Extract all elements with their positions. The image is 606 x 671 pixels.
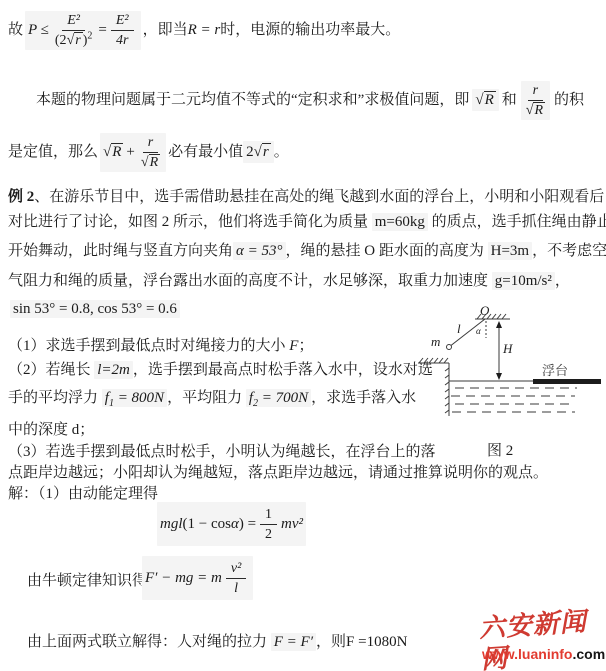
label-O: O: [480, 303, 490, 318]
equation-newton: F′ − mg = m v² l: [142, 556, 253, 600]
solution-intro-text: 解：（1）由动能定理得: [8, 486, 158, 502]
figure-2-diagram: O l α m H 浮台: [415, 297, 606, 423]
rope-length-value: l=2m: [94, 361, 133, 379]
question-2-text-f: 中的深度: [8, 422, 72, 438]
example2-line5: sin 53° = 0.8, cos 53° = 0.6: [10, 299, 180, 319]
para2-line2-text: 是定值，那么: [8, 142, 98, 162]
buoyancy-f1-value: f1 = 800N: [102, 389, 167, 407]
question-2-text-a: （2）若绳长: [8, 362, 94, 378]
solution-intro: 解：（1）由动能定理得: [8, 484, 158, 504]
para1-lhs: P ≤: [28, 20, 49, 40]
para2-conjunction: 和: [502, 90, 517, 110]
label-platform: 浮台: [542, 363, 568, 378]
question-1-text: （1）求选手摆到最低点时对绳接力的大小: [8, 338, 289, 354]
question-2-text-e: ，求选手落入水: [311, 390, 416, 406]
final-text-a: 由上面两式联立解得：人对绳的拉力: [27, 634, 271, 650]
gravity-value: g=10m/s²: [492, 272, 555, 290]
min-value-expression: R + r R: [100, 133, 166, 172]
para1-formula: P ≤ E² (2r)2 = E² 4r: [25, 11, 141, 50]
mass-value: m=60kg: [372, 213, 428, 231]
example2-line3-a: 开始舞动，此时绳与竖直方向夹角: [8, 243, 233, 259]
figure-structure-lines: [418, 314, 601, 416]
eq1-rhs: mv²: [281, 514, 303, 534]
example2-line1: 例 2、在游乐节目中，选手需借助悬挂在高处的绳飞越到水面的浮台上，小明和小阳观看…: [8, 187, 604, 207]
question-2-line3: 中的深度 d；: [8, 420, 94, 440]
equals-sign: =: [98, 20, 106, 40]
fraction-r-over-sqrt-R-2: r R: [139, 134, 162, 171]
example2-line4: 气阻力和绳的质量，浮台露出水面的高度不计，水足够深，取重力加速度 g=10m/s…: [8, 271, 570, 291]
para2-line2: 是定值，那么 R + r R 必有最小值 2r 。: [8, 130, 289, 174]
plus-sign: +: [126, 142, 134, 162]
example2-line2-b: 的质点，选手抓住绳由静止: [428, 214, 606, 230]
question-3-text-a: （3）若选手摆到最低点时松手，小明认为绳越长，在浮台上的落: [8, 444, 436, 460]
example2-line4-b: ，: [555, 273, 570, 289]
eq1-equals: ) =: [239, 514, 256, 534]
sqrt-r: r: [67, 32, 83, 49]
para1-tail-b: 时，电源的输出功率最大。: [220, 20, 400, 40]
question-2-line1: （2）若绳长 l=2m，选手摆到最高点时松手落入水中，设水对选: [8, 360, 433, 380]
question-2-text-c: 手的平均浮力: [8, 390, 102, 406]
para2-line1: 本题的物理问题属于二元均值不等式的“定积求和”求极值问题，即 R 和 r R 的…: [8, 76, 584, 124]
question-3-line1: （3）若选手摆到最低点时松手，小明认为绳越长，在浮台上的落: [8, 442, 436, 462]
example2-line3-c: ，不考虑空: [532, 243, 606, 259]
label-m: m: [431, 334, 440, 349]
example2-label: 例 2: [8, 189, 34, 205]
para2-line2-mid: 必有最小值: [168, 142, 243, 162]
example2-line2: 对比进行了讨论，如图 2 所示，他们将选手简化为质量 m=60kg 的质点，选手…: [8, 212, 606, 232]
platform-bar: [533, 379, 601, 384]
watermark-url-tld: .com: [572, 646, 605, 662]
newton-law-text: 由牛顿定律知识得: [27, 573, 147, 589]
document-page: 故 P ≤ E² (2r)2 = E² 4r ，即当 R = r 时，电源的输出…: [0, 0, 606, 671]
final-force-value: F =1080N: [346, 634, 407, 650]
min-value-2-sqrt-r: 2r: [243, 141, 274, 163]
h-arrow-top-head: [496, 321, 502, 328]
label-alpha: α: [476, 326, 481, 336]
watermark-url: www.luaninfo.com: [482, 646, 605, 662]
question-1: （1）求选手摆到最低点时对绳接力的大小 F；: [8, 336, 313, 356]
trig-values: sin 53° = 0.8, cos 53° = 0.6: [10, 300, 180, 318]
angle-value: α = 53°: [233, 242, 286, 260]
example2-line3-b: ，绳的悬挂 O 距水面的高度为: [286, 243, 488, 259]
example2-line4-a: 气阻力和绳的质量，浮台露出水面的高度不计，水足够深，取重力加速度: [8, 273, 492, 289]
fraction-one-half: 1 2: [260, 506, 277, 543]
eq1-alpha: α: [231, 514, 239, 534]
label-l: l: [457, 321, 461, 336]
final-answer-line: 由上面两式联立解得：人对绳的拉力 F = F′，则F =1080N: [27, 632, 407, 652]
question-2-line2: 手的平均浮力 f1 = 800N，平均阻力 f2 = 700N，求选手落入水: [8, 388, 416, 408]
para1-conclusion-line: 故 P ≤ E² (2r)2 = E² 4r ，即当 R = r 时，电源的输出…: [8, 6, 400, 54]
question-1-end: ；: [298, 338, 313, 354]
eq1-paren: (1 − cos: [183, 514, 231, 534]
question-2-text-d: ，平均阻力: [167, 390, 246, 406]
eq2-lhs: F′ − mg = m: [145, 568, 222, 588]
para2-line1-tail: 的积: [554, 90, 584, 110]
final-force-relation: F = F′: [271, 633, 316, 651]
example2-line1-text: 、在游乐节目中，选手需借助悬挂在高处的绳飞越到水面的浮台上，小明和小阳观看后: [34, 189, 604, 205]
final-text-b: ，则: [316, 634, 346, 650]
sqrt-R-inline: R: [472, 89, 498, 111]
para2-period: 。: [274, 142, 289, 162]
fraction-e2-over-4r: E² 4r: [111, 12, 134, 49]
mass-point-circle: [447, 345, 452, 350]
height-value: H=3m: [488, 242, 532, 260]
h-arrow-bottom-head: [496, 373, 502, 380]
example2-line2-a: 对比进行了讨论，如图 2 所示，他们将选手简化为质量: [8, 214, 372, 230]
para1-condition: R = r: [188, 20, 221, 40]
eq1-mgl: mgl: [160, 514, 183, 534]
figure-2-caption: 图 2: [487, 441, 513, 461]
resistance-f2-value: f2 = 700N: [246, 389, 311, 407]
question-2-end: ；: [79, 422, 94, 438]
label-H: H: [502, 341, 513, 356]
question-2-text-b: ，选手摆到最高点时松手落入水中，设水对选: [133, 362, 433, 378]
fraction-v2-over-l: v² l: [226, 560, 246, 597]
fraction-e2-over-2sqrt-r: E² (2r)2: [53, 12, 94, 49]
para1-tail-a: ，即当: [143, 20, 188, 40]
para1-lead: 故: [8, 20, 23, 40]
question-3-text-b: 点距岸边越远；小阳却认为绳越短，落点距岸边越远，请通过推算说明你的观点。: [8, 465, 548, 481]
newton-law-label: 由牛顿定律知识得: [27, 571, 147, 591]
equation-energy-theorem: mgl(1 − cosα) = 1 2 mv²: [157, 502, 306, 546]
example2-line3: 开始舞动，此时绳与竖直方向夹角α = 53°，绳的悬挂 O 距水面的高度为 H=…: [8, 241, 606, 261]
fraction-r-over-sqrt-R: r R: [521, 81, 550, 120]
watermark-url-main: www.luaninfo: [482, 646, 572, 662]
para2-line1-text: 本题的物理问题属于二元均值不等式的“定积求和”求极值问题，即: [8, 90, 469, 110]
question-3-line2: 点距岸边越远；小阳却认为绳越短，落点距岸边越远，请通过推算说明你的观点。: [8, 463, 548, 483]
